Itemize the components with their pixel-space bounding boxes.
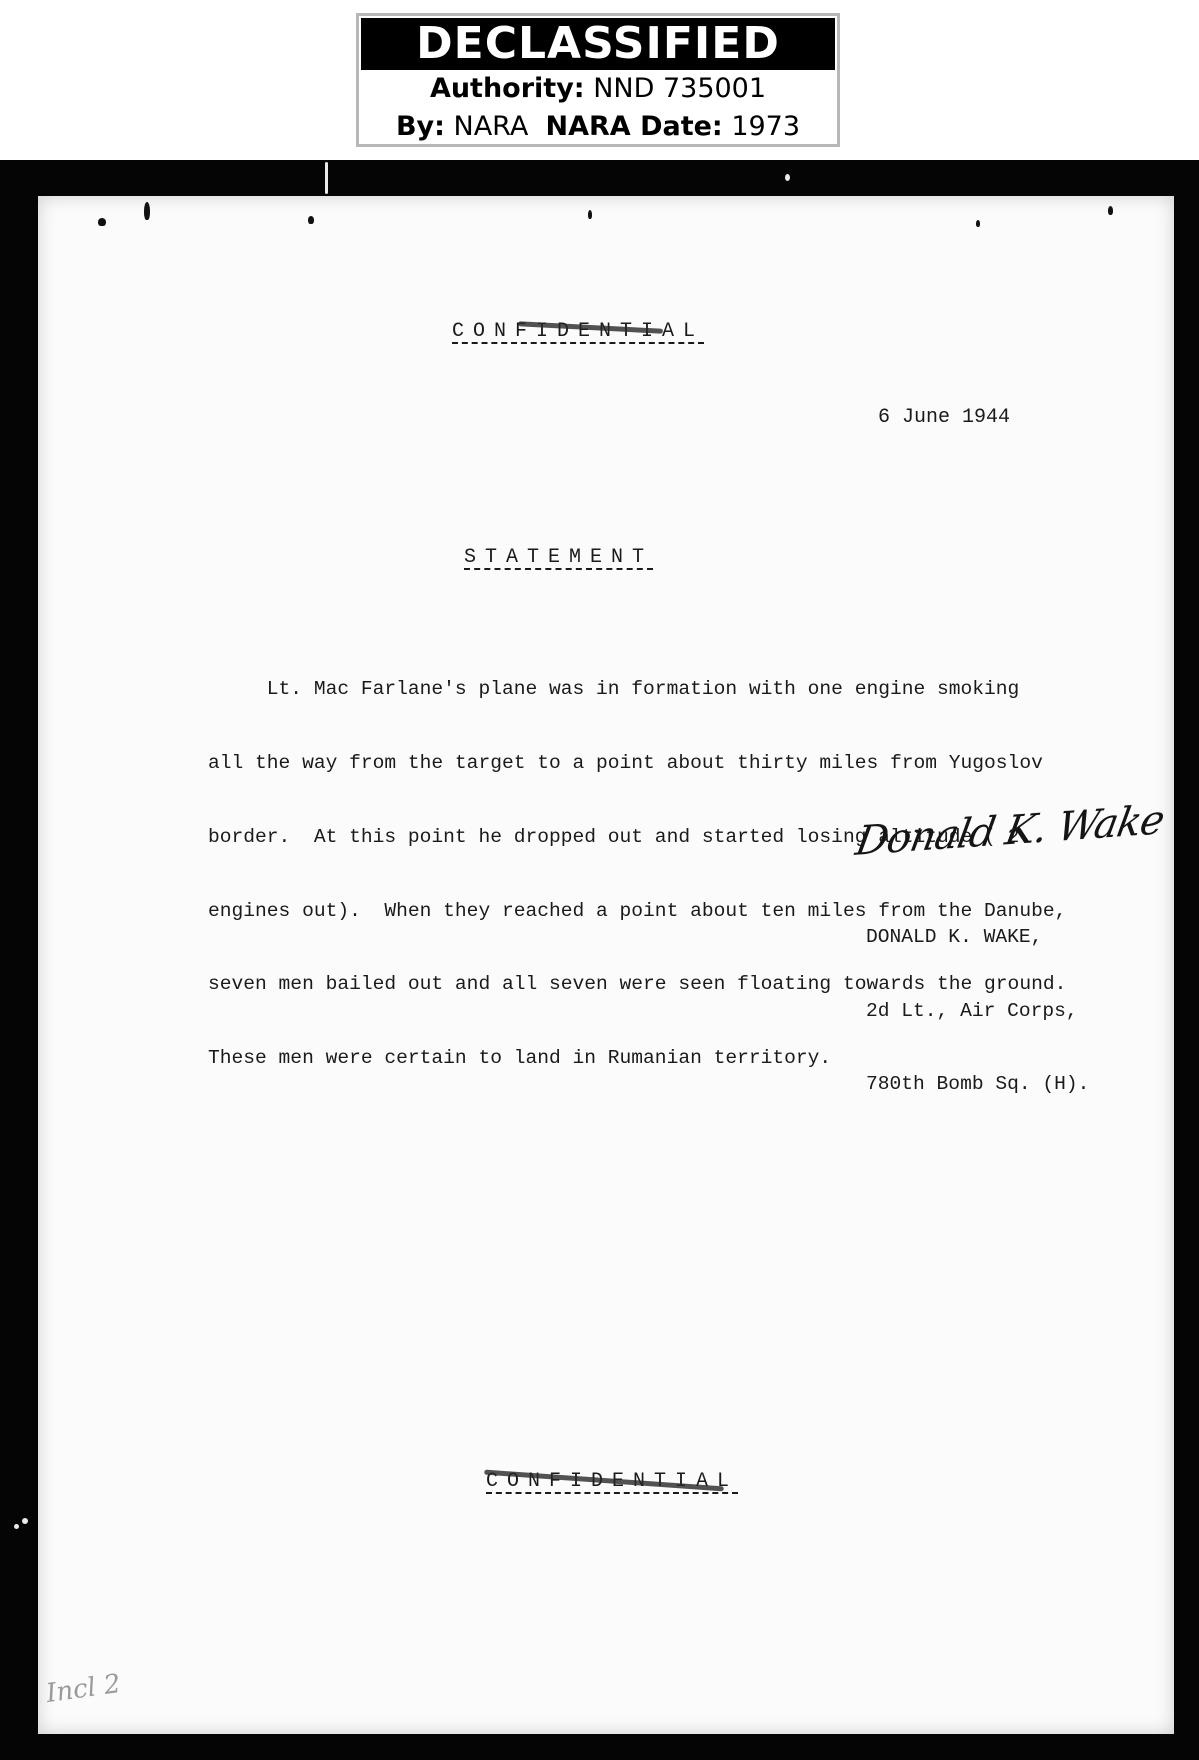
body-line: all the way from the target to a point a… [208,751,1066,776]
stamp-date-label: NARA Date: [546,111,723,142]
stamp-by-line: By: NARA NARA Date: 1973 [359,108,837,146]
ink-smudge [1108,206,1113,215]
stamp-authority-line: Authority: NND 735001 [359,70,837,108]
signer-unit: 780th Bomb Sq. (H). [866,1072,1089,1097]
stamp-title: DECLASSIFIED [361,18,835,70]
stamp-by-label: By: [396,111,445,142]
handwritten-note: Incl 2 [44,1669,122,1709]
declassified-stamp: DECLASSIFIED Authority: NND 735001 By: N… [356,13,840,147]
signer-name: DONALD K. WAKE, [866,925,1089,950]
ink-smudge [588,210,592,219]
scan-artifact [22,1518,28,1524]
stamp-authority-value: NND 735001 [593,73,766,104]
scan-artifact [785,174,790,181]
document-date: 6 June 1944 [878,406,1010,429]
stamp-date-value: 1973 [731,111,800,142]
stamp-by-value: NARA [454,111,529,142]
body-line: Lt. Mac Farlane's plane was in formation… [208,677,1066,702]
signature-block: DONALD K. WAKE, 2d Lt., Air Corps, 780th… [866,876,1089,1146]
signer-rank: 2d Lt., Air Corps, [866,999,1089,1024]
stamp-authority-label: Authority: [430,73,585,104]
document-page: CONFIDENTIAL 6 June 1944 STATEMENT Lt. M… [38,196,1174,1734]
scan-artifact [325,162,328,194]
ink-smudge [144,202,150,220]
ink-smudge [976,220,980,227]
scan-artifact [14,1524,19,1529]
ink-smudge [308,216,314,224]
ink-smudge [98,218,106,226]
statement-heading: STATEMENT [464,546,653,569]
